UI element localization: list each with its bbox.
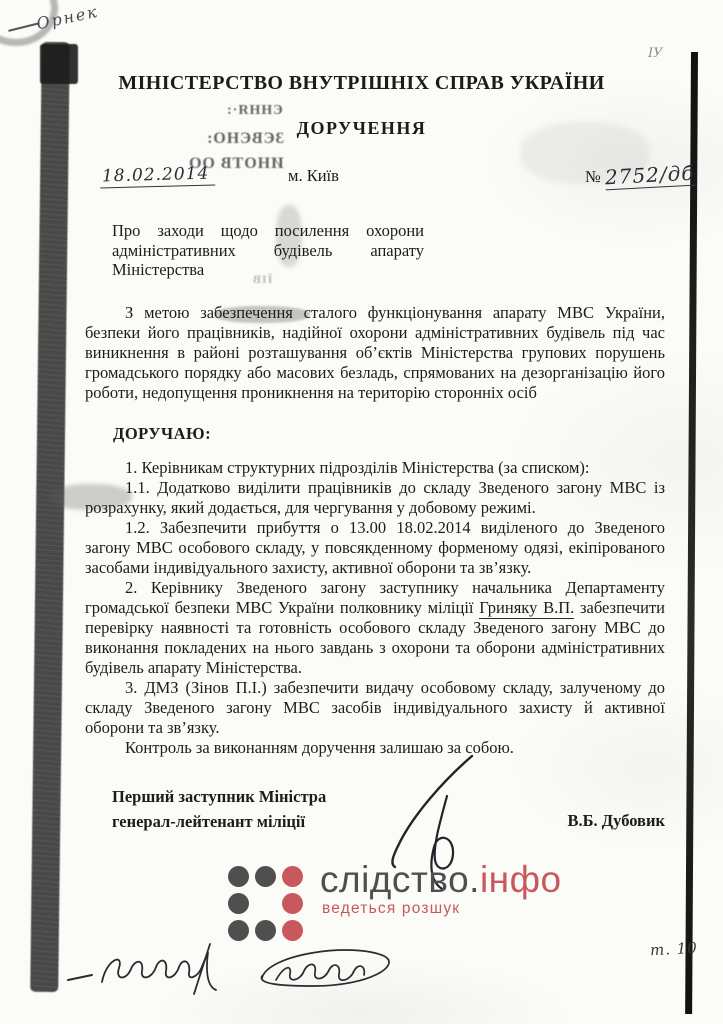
underlined-name: Гриняку В.П. — [479, 598, 574, 619]
logo-subtitle: ведеться розшук — [322, 900, 562, 918]
handwritten-number: 2752/дб — [604, 161, 695, 191]
logo-dot-grid-icon — [228, 866, 303, 941]
logo-text: слідство.інфо ведеться розшук — [320, 862, 562, 918]
scan-edge-bar — [685, 52, 698, 1014]
number-sign: № — [585, 167, 601, 186]
page-number-note: т. 10 — [650, 939, 699, 959]
logo-title: слідство.інфо — [320, 862, 562, 898]
intro-paragraph: З метою забезпечення сталого функціонува… — [85, 303, 665, 403]
scanned-document-page: ЄННЯ·: ЗЄВЄНО: ИНОТВ ОО ЇІВ Орнек ІУ т. … — [0, 0, 723, 1024]
logo-title-red: інфо — [480, 859, 562, 900]
signer-name: В.Б. Дубовик — [568, 811, 665, 831]
logo-dot — [228, 893, 249, 914]
handwritten-signatures-bottom — [62, 940, 412, 1002]
stamp-bleedthrough: ЄННЯ·: — [226, 103, 283, 119]
document-type-title: ДОРУЧЕННЯ — [0, 118, 723, 139]
order-item-2: 2. Керівнику Зведеного загону заступнику… — [85, 578, 665, 678]
logo-dot — [282, 893, 303, 914]
order-item-1: 1. Керівникам структурних підрозділів Мі… — [85, 458, 665, 478]
logo-dot — [255, 866, 276, 887]
document-number: № 2752/дб — [585, 163, 694, 188]
logo-dot — [282, 920, 303, 941]
order-item-3: 3. ДМЗ (Зінов П.І.) забезпечити видачу о… — [85, 678, 665, 738]
handwritten-date: 18.02.2014 — [100, 163, 216, 188]
logo-title-dot: . — [469, 859, 480, 900]
slidstvo-info-watermark: слідство.інфо ведеться розшук — [228, 862, 562, 941]
logo-dot — [255, 893, 276, 914]
order-item-1-2: 1.2. Забезпечити прибуття о 13.00 18.02.… — [85, 518, 665, 578]
order-heading: ДОРУЧАЮ: — [85, 424, 665, 444]
ministry-title: МІНІСТЕРСТВО ВНУТРІШНІХ СПРАВ УКРАЇНИ — [0, 72, 723, 95]
logo-dot — [255, 920, 276, 941]
subject-block: Про заходи щодо посилення охорони адміні… — [112, 221, 424, 280]
order-item-1-1: 1.1. Додатково виділити працівників до с… — [85, 478, 665, 518]
document-body: З метою забезпечення сталого функціонува… — [85, 303, 665, 758]
date-row: 18.02.2014 м. Київ № 2752/дб — [0, 163, 723, 189]
logo-dot — [282, 866, 303, 887]
city-label: м. Київ — [288, 166, 339, 186]
logo-dot — [228, 920, 249, 941]
handwritten-note-top-right: ІУ — [648, 46, 663, 61]
logo-title-dark: слідство — [320, 859, 469, 900]
logo-dot — [228, 866, 249, 887]
